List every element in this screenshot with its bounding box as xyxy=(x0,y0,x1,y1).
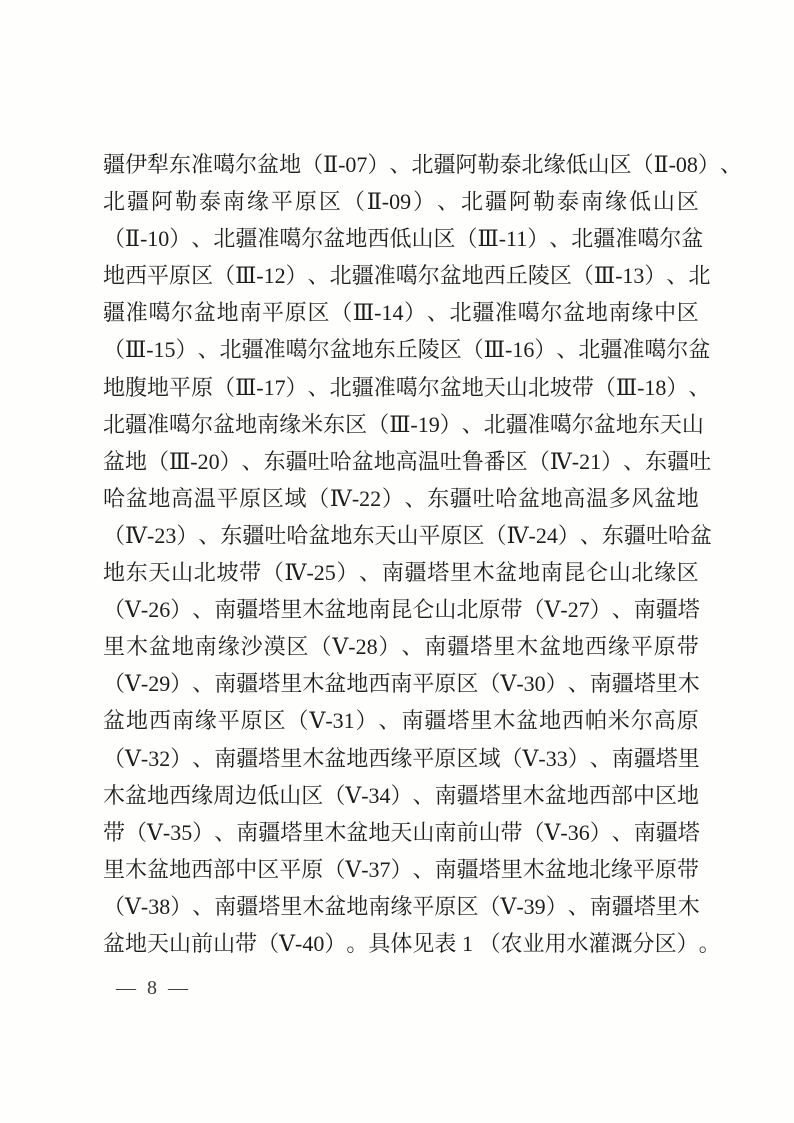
body-text: 疆伊犁东准噶尔盆地（Ⅱ-07）、北疆阿勒泰北缘低山区（Ⅱ-08）、北疆阿勒泰南缘… xyxy=(103,146,699,962)
text-line: 北疆准噶尔盆地南缘米东区（Ⅲ-19）、北疆准噶尔盆地东天山 xyxy=(103,406,699,443)
text-line: （Ⅲ-15）、北疆准噶尔盆地东丘陵区（Ⅲ-16）、北疆准噶尔盆 xyxy=(103,331,699,368)
text-line: 地腹地平原（Ⅲ-17）、北疆准噶尔盆地天山北坡带（Ⅲ-18）、 xyxy=(103,369,699,406)
text-line: 哈盆地高温平原区域（Ⅳ-22）、东疆吐哈盆地高温多风盆地 xyxy=(103,480,699,517)
text-line: 疆准噶尔盆地南平原区（Ⅲ-14）、北疆准噶尔盆地南缘中区 xyxy=(103,294,699,331)
text-line: 盆地天山前山带（Ⅴ-40）。具体见表 1 （农业用水灌溉分区）。 xyxy=(103,925,699,962)
document-page: 疆伊犁东准噶尔盆地（Ⅱ-07）、北疆阿勒泰北缘低山区（Ⅱ-08）、北疆阿勒泰南缘… xyxy=(0,0,794,1123)
text-line: 盆地西南缘平原区（Ⅴ-31）、南疆塔里木盆地西帕米尔高原 xyxy=(103,702,699,739)
text-line: 地东天山北坡带（Ⅳ-25）、南疆塔里木盆地南昆仑山北缘区 xyxy=(103,554,699,591)
text-line: （Ⅴ-29）、南疆塔里木盆地西南平原区（Ⅴ-30）、南疆塔里木 xyxy=(103,665,699,702)
text-line: 里木盆地西部中区平原（Ⅴ-37）、南疆塔里木盆地北缘平原带 xyxy=(103,851,699,888)
text-line: 地西平原区（Ⅲ-12）、北疆准噶尔盆地西丘陵区（Ⅲ-13）、北 xyxy=(103,257,699,294)
text-line: （Ⅴ-38）、南疆塔里木盆地南缘平原区（Ⅴ-39）、南疆塔里木 xyxy=(103,888,699,925)
text-line: （Ⅱ-10）、北疆准噶尔盆地西低山区（Ⅲ-11）、北疆准噶尔盆 xyxy=(103,220,699,257)
text-line: 北疆阿勒泰南缘平原区（Ⅱ-09）、北疆阿勒泰南缘低山区 xyxy=(103,183,699,220)
text-line: （Ⅳ-23）、东疆吐哈盆地东天山平原区（Ⅳ-24）、东疆吐哈盆 xyxy=(103,517,699,554)
text-line: 里木盆地南缘沙漠区（Ⅴ-28）、南疆塔里木盆地西缘平原带 xyxy=(103,628,699,665)
page-number: — 8 — xyxy=(116,974,191,1002)
text-line: （Ⅴ-26）、南疆塔里木盆地南昆仑山北原带（Ⅴ-27）、南疆塔 xyxy=(103,591,699,628)
text-line: （Ⅴ-32）、南疆塔里木盆地西缘平原区域（Ⅴ-33）、南疆塔里 xyxy=(103,740,699,777)
text-line: 盆地（Ⅲ-20）、东疆吐哈盆地高温吐鲁番区（Ⅳ-21）、东疆吐 xyxy=(103,443,699,480)
text-line: 带（Ⅴ-35）、南疆塔里木盆地天山南前山带（Ⅴ-36）、南疆塔 xyxy=(103,814,699,851)
text-line: 疆伊犁东准噶尔盆地（Ⅱ-07）、北疆阿勒泰北缘低山区（Ⅱ-08）、 xyxy=(103,146,699,183)
text-line: 木盆地西缘周边低山区（Ⅴ-34）、南疆塔里木盆地西部中区地 xyxy=(103,777,699,814)
